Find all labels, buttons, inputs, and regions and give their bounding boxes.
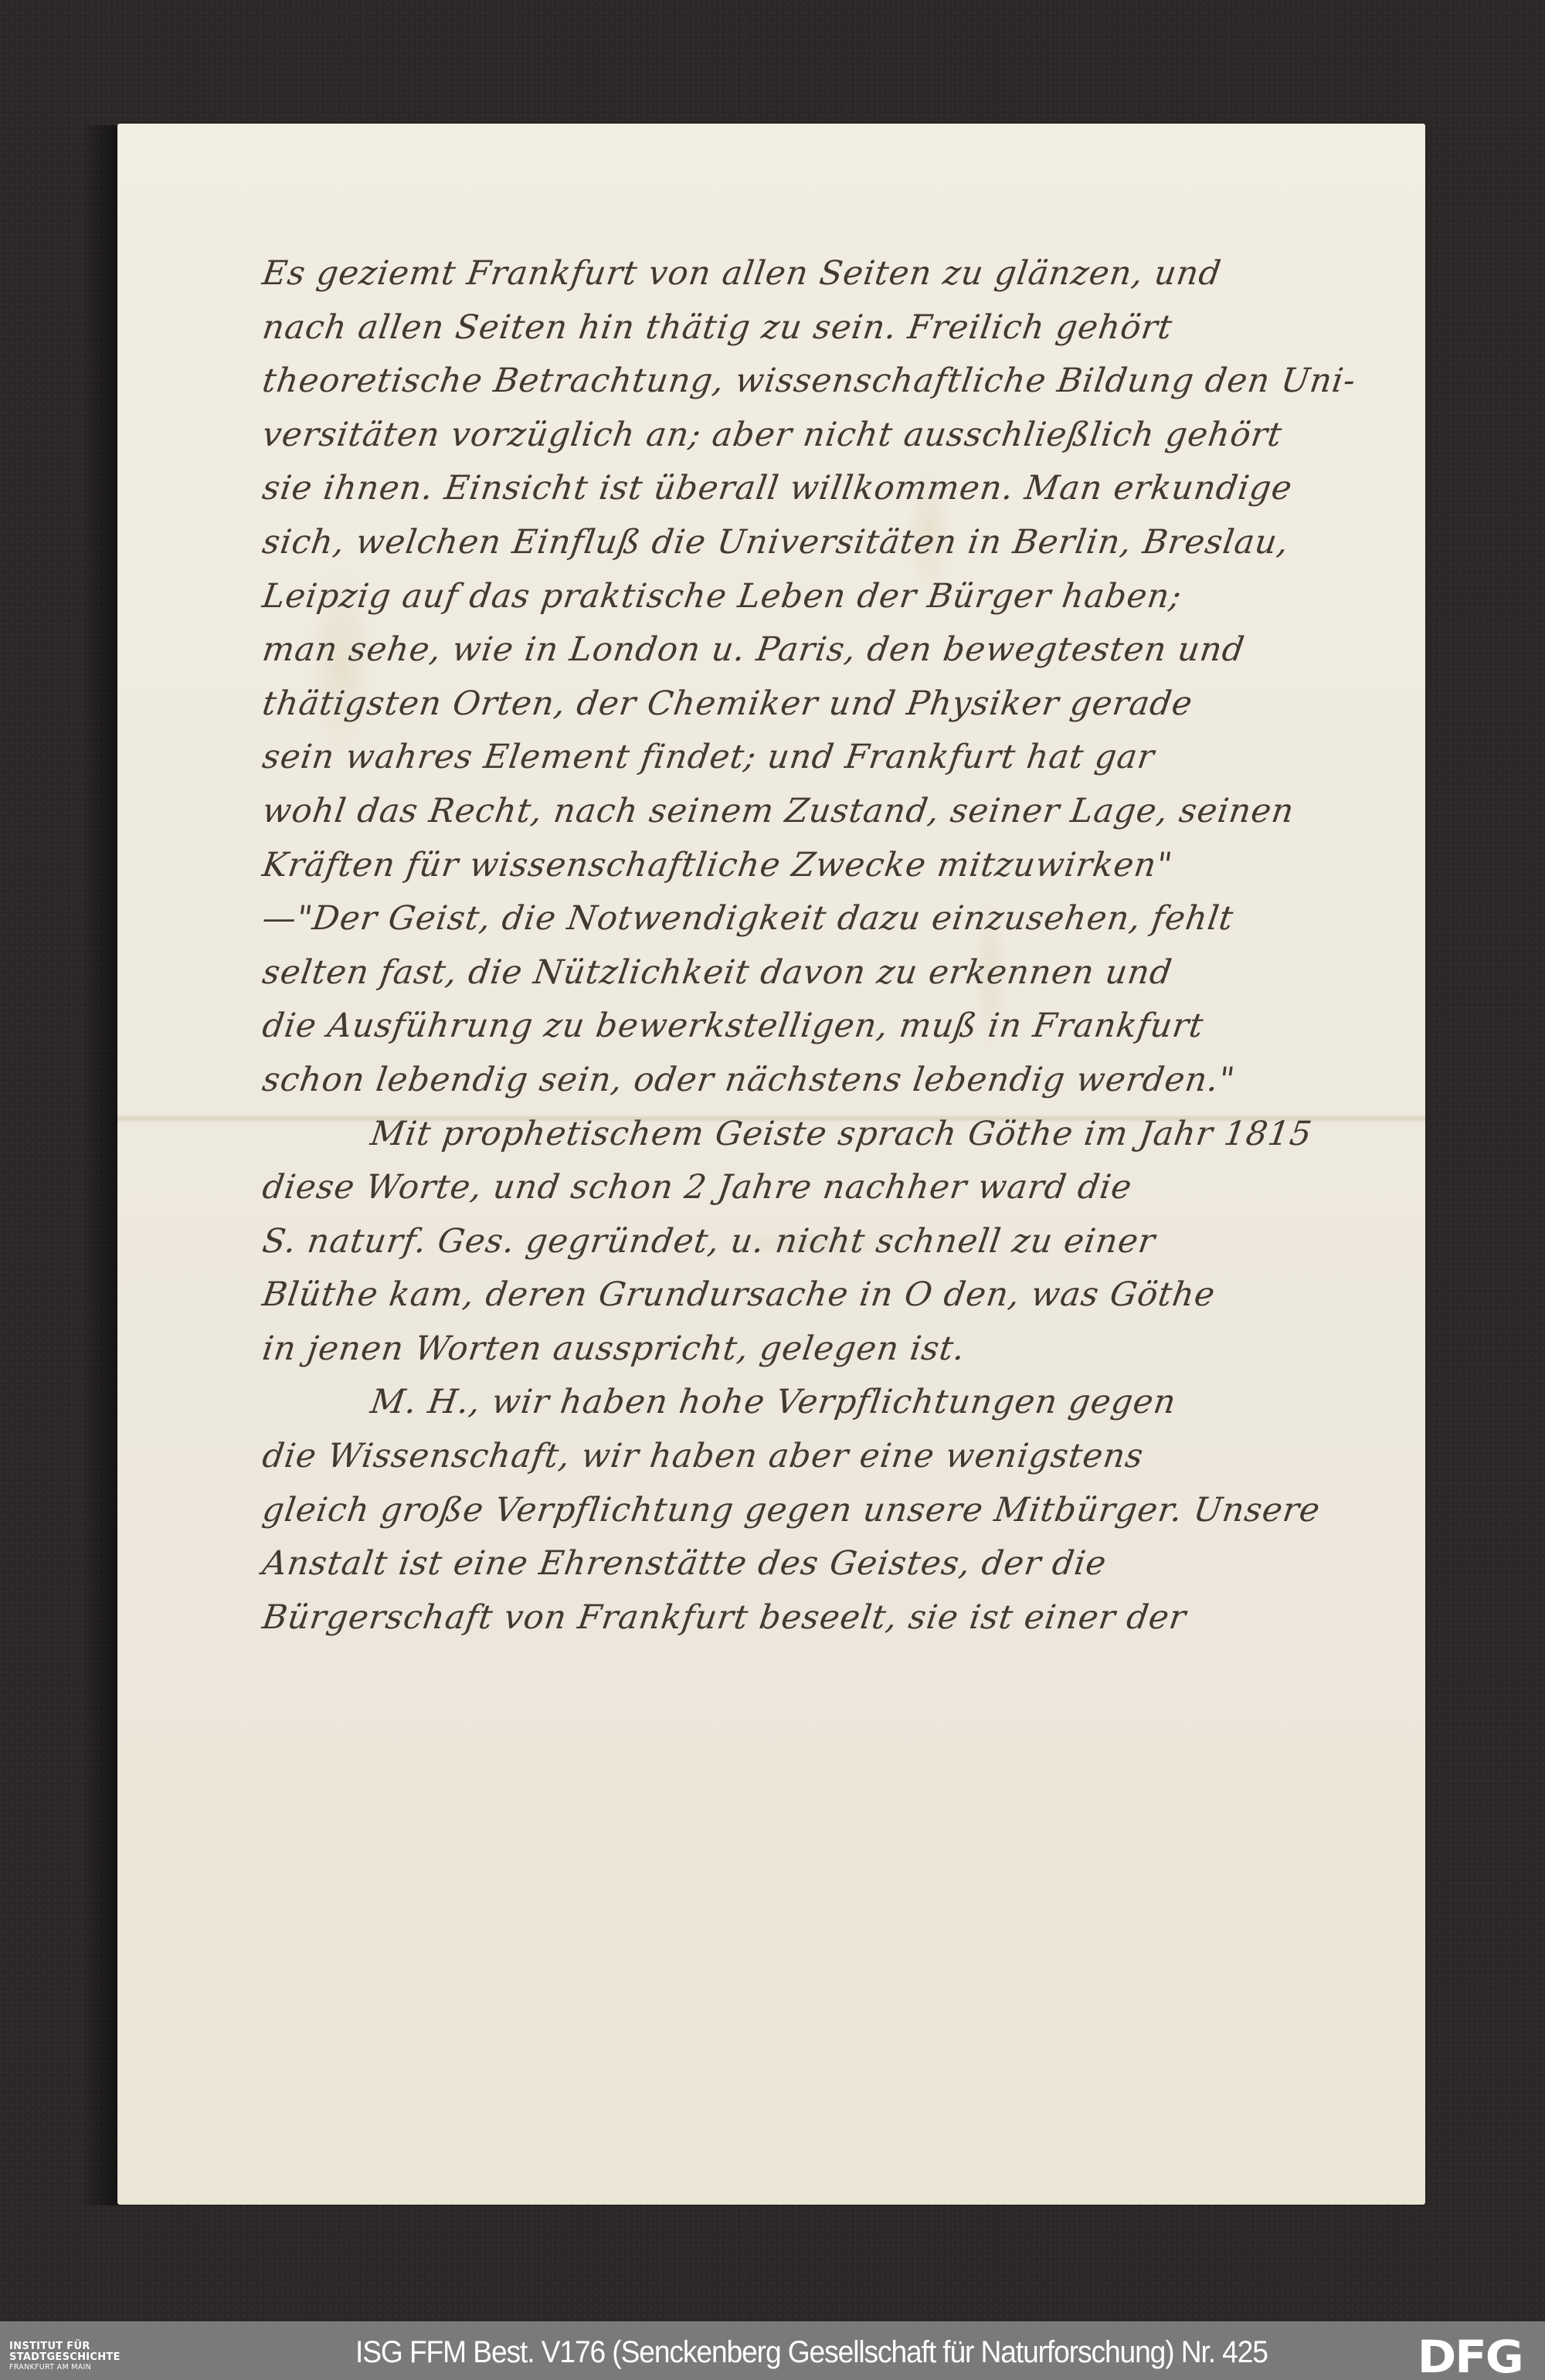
institute-logo-line2: STADTGESCHICHTE [9,2352,121,2363]
mount-shadow [81,125,120,2205]
manuscript-line: schon lebendig sein, oder nächstens lebe… [259,1054,1418,1108]
manuscript-line: Es geziemt Frankfurt von allen Seiten zu… [259,247,1418,301]
manuscript-line: M. H., wir haben hohe Verpflichtungen ge… [259,1376,1418,1430]
manuscript-line: Anstalt ist eine Ehrenstätte des Geistes… [259,1537,1418,1591]
manuscript-line: nach allen Seiten hin thätig zu sein. Fr… [259,301,1418,355]
manuscript-line: man sehe, wie in London u. Paris, den be… [259,623,1418,677]
manuscript-line: diese Worte, und schon 2 Jahre nachher w… [259,1161,1418,1215]
manuscript-line: sein wahres Element findet; und Frankfur… [259,731,1418,785]
footer-bar: INSTITUT FÜR STADTGESCHICHTE FRANKFURT A… [0,2321,1545,2380]
institute-logo-line3: FRANKFURT AM MAIN [9,2363,121,2372]
manuscript-line: —"Der Geist, die Notwendigkeit dazu einz… [259,892,1418,946]
manuscript-line: thätigsten Orten, der Chemiker und Physi… [259,677,1418,732]
manuscript-line: in jenen Worten ausspricht, gelegen ist. [259,1322,1418,1377]
institute-logo: INSTITUT FÜR STADTGESCHICHTE FRANKFURT A… [9,2341,121,2372]
manuscript-line: Leipzig auf das praktische Leben der Bür… [259,570,1418,624]
manuscript-line: gleich große Verpflichtung gegen unsere … [259,1484,1418,1538]
dfg-logo: DFG [1418,2335,1523,2378]
manuscript-line: Kräften für wissenschaftliche Zwecke mit… [259,839,1418,893]
institute-logo-line1: INSTITUT FÜR [9,2341,121,2352]
manuscript-line: Mit prophetischem Geiste sprach Göthe im… [259,1108,1418,1162]
manuscript-line: wohl das Recht, nach seinem Zustand, sei… [259,785,1418,839]
manuscript-line: theoretische Betrachtung, wissenschaftli… [259,355,1418,409]
manuscript-line: Blüthe kam, deren Grundursache in O den,… [259,1268,1418,1322]
handwritten-text: Es geziemt Frankfurt von allen Seiten zu… [263,247,1414,1645]
manuscript-line: die Wissenschaft, wir haben aber eine we… [259,1430,1418,1484]
manuscript-line: Bürgerschaft von Frankfurt beseelt, sie … [259,1591,1418,1645]
manuscript-line: versitäten vorzüglich an; aber nicht aus… [259,409,1418,463]
manuscript-line: sie ihnen. Einsicht ist überall willkomm… [259,462,1418,516]
shelfmark-caption: ISG FFM Best. V176 (Senckenberg Gesellsc… [355,2335,1268,2369]
manuscript-line: selten fast, die Nützlichkeit davon zu e… [259,946,1418,1000]
manuscript-line: sich, welchen Einfluß die Universitäten … [259,516,1418,570]
manuscript-line: die Ausführung zu bewerkstelligen, muß i… [259,1000,1418,1054]
manuscript-line: S. naturf. Ges. gegründet, u. nicht schn… [259,1215,1418,1269]
